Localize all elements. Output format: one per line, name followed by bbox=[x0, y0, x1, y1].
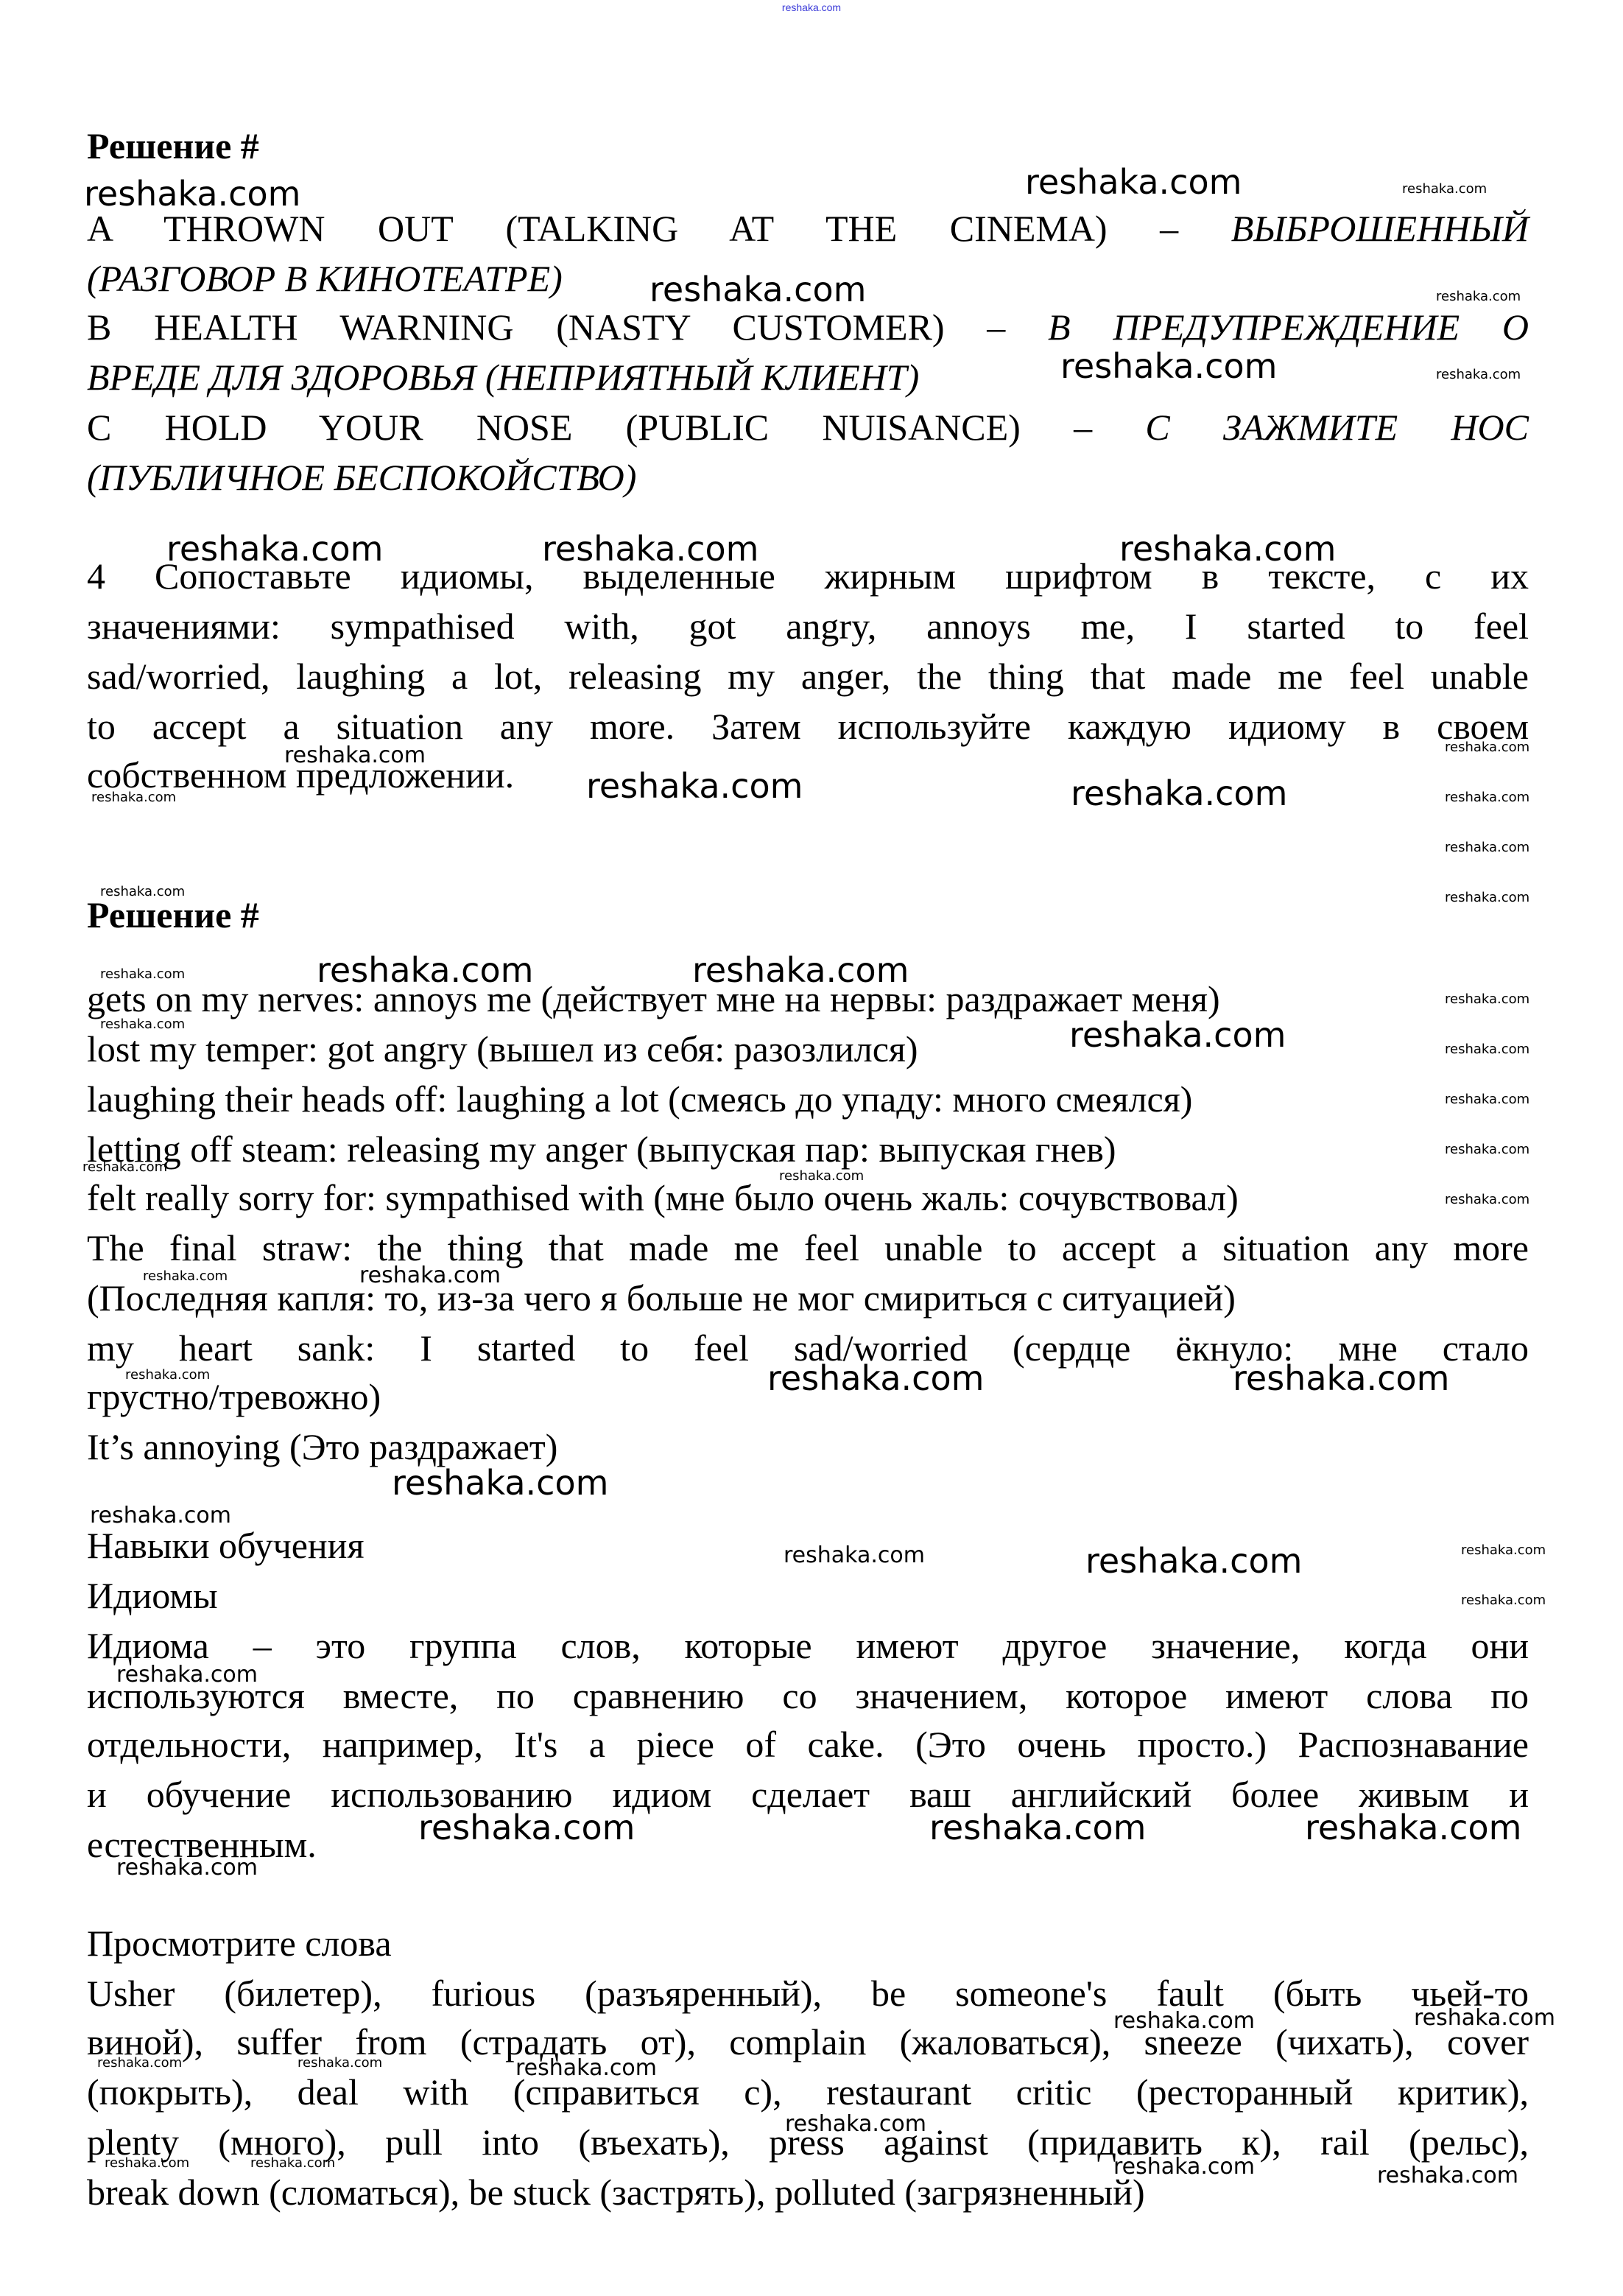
watermark: reshaka.com bbox=[84, 174, 300, 214]
watermark: reshaka.com bbox=[97, 2055, 182, 2071]
watermark: reshaka.com bbox=[929, 1808, 1146, 1847]
skills-line: используются вместе, по сравнению со зна… bbox=[87, 1674, 1529, 1718]
watermark: reshaka.com bbox=[284, 742, 426, 768]
watermark: reshaka.com bbox=[125, 1367, 210, 1383]
watermark: reshaka.com bbox=[100, 966, 185, 982]
watermark: reshaka.com bbox=[1445, 740, 1529, 755]
watermark: reshaka.com bbox=[90, 1503, 231, 1528]
watermark: reshaka.com bbox=[1060, 346, 1277, 386]
watermark: reshaka.com bbox=[1085, 1541, 1302, 1581]
watermark: reshaka.com bbox=[767, 1358, 984, 1398]
watermark: reshaka.com bbox=[100, 1017, 185, 1032]
watermark: reshaka.com bbox=[1445, 991, 1529, 1007]
answer-line: A THROWN OUT (TALKING AT THE CINEMA) – В… bbox=[87, 206, 1529, 250]
watermark: reshaka.com bbox=[784, 1542, 925, 1568]
watermark: reshaka.com bbox=[1071, 773, 1287, 813]
watermark: reshaka.com bbox=[298, 2055, 382, 2071]
watermark: reshaka.com bbox=[1445, 1092, 1529, 1107]
solution-heading-1: Решение # bbox=[87, 124, 1529, 168]
task-line: sad/worried, laughing a lot, releasing m… bbox=[87, 654, 1529, 698]
vocab-line: break down (сломаться), be stuck (застря… bbox=[87, 2170, 1529, 2214]
watermark: reshaka.com bbox=[1113, 2154, 1255, 2180]
watermark: reshaka.com bbox=[250, 2155, 335, 2171]
watermark: reshaka.com bbox=[116, 1855, 258, 1881]
task-line: значениями: sympathised with, got angry,… bbox=[87, 604, 1529, 648]
watermark: reshaka.com bbox=[143, 1268, 228, 1284]
watermark: reshaka.com bbox=[1069, 1015, 1286, 1055]
watermark: reshaka.com bbox=[1445, 1142, 1529, 1157]
watermark: reshaka.com bbox=[317, 950, 533, 990]
watermark: reshaka.com bbox=[1445, 890, 1529, 905]
watermark: reshaka.com bbox=[1025, 162, 1242, 202]
watermark: reshaka.com bbox=[1414, 2005, 1555, 2031]
answer-line: (ПУБЛИЧНОЕ БЕСПОКОЙСТВО) bbox=[87, 455, 1529, 499]
solution-heading-2: Решение # bbox=[87, 893, 1529, 937]
answer-line: laughing their heads off: laughing a lot… bbox=[87, 1077, 1529, 1121]
watermark: reshaka.com bbox=[1445, 790, 1529, 805]
answer-line: The final straw: the thing that made me … bbox=[87, 1226, 1529, 1270]
watermark: reshaka.com bbox=[692, 950, 909, 990]
watermark: reshaka.com bbox=[1119, 529, 1336, 569]
answer-line: (Последняя капля: то, из-за чего я больш… bbox=[87, 1276, 1529, 1320]
header-watermark: reshaka.com bbox=[0, 1, 1623, 13]
answer-line: C HOLD YOUR NOSE (PUBLIC NUISANCE) – C З… bbox=[87, 405, 1529, 449]
watermark: reshaka.com bbox=[1377, 2163, 1518, 2188]
watermark: reshaka.com bbox=[100, 884, 185, 899]
watermark: reshaka.com bbox=[1113, 2008, 1255, 2034]
skills-subtitle: Идиомы bbox=[87, 1573, 1529, 1618]
watermark: reshaka.com bbox=[1445, 840, 1529, 855]
answer-line: ВРЕДЕ ДЛЯ ЗДОРОВЬЯ (НЕПРИЯТНЫЙ КЛИЕНТ) bbox=[87, 355, 1529, 399]
watermark: reshaka.com bbox=[779, 1168, 864, 1184]
watermark: reshaka.com bbox=[1461, 1542, 1546, 1558]
watermark: reshaka.com bbox=[1461, 1593, 1546, 1608]
watermark: reshaka.com bbox=[105, 2155, 189, 2171]
answer-line: B HEALTH WARNING (NASTY CUSTOMER) – B ПР… bbox=[87, 305, 1529, 349]
vocab-title: Просмотрите слова bbox=[87, 1921, 1529, 1965]
watermark: reshaka.com bbox=[586, 766, 803, 806]
watermark: reshaka.com bbox=[542, 529, 758, 569]
vocab-line: Usher (билетер), furious (разъяренный), … bbox=[87, 1971, 1529, 2015]
vocab-line: (покрыть), deal with (справиться с), res… bbox=[87, 2070, 1529, 2114]
watermark: reshaka.com bbox=[1445, 1042, 1529, 1057]
watermark: reshaka.com bbox=[1402, 181, 1487, 197]
answer-line: It’s annoying (Это раздражает) bbox=[87, 1425, 1529, 1469]
task-line: to accept a situation any more. Затем ис… bbox=[87, 704, 1529, 748]
watermark: reshaka.com bbox=[116, 1662, 258, 1688]
watermark: reshaka.com bbox=[166, 529, 383, 569]
watermark: reshaka.com bbox=[1445, 1192, 1529, 1207]
answer-line: lost my temper: got angry (вышел из себя… bbox=[87, 1027, 1529, 1071]
watermark: reshaka.com bbox=[91, 790, 176, 805]
skills-line: отдельности, например, It's a piece of c… bbox=[87, 1722, 1529, 1766]
watermark: reshaka.com bbox=[515, 2055, 657, 2081]
watermark: reshaka.com bbox=[1436, 367, 1521, 382]
watermark: reshaka.com bbox=[1436, 289, 1521, 304]
watermark: reshaka.com bbox=[1233, 1358, 1449, 1398]
watermark: reshaka.com bbox=[392, 1463, 608, 1503]
watermark: reshaka.com bbox=[418, 1808, 635, 1847]
watermark: reshaka.com bbox=[82, 1159, 167, 1175]
watermark: reshaka.com bbox=[649, 270, 866, 309]
skills-line: Идиома – это группа слов, которые имеют … bbox=[87, 1623, 1529, 1668]
watermark: reshaka.com bbox=[1305, 1808, 1521, 1847]
answer-line: letting off steam: releasing my anger (в… bbox=[87, 1127, 1529, 1171]
watermark: reshaka.com bbox=[359, 1263, 501, 1288]
watermark: reshaka.com bbox=[785, 2111, 926, 2137]
